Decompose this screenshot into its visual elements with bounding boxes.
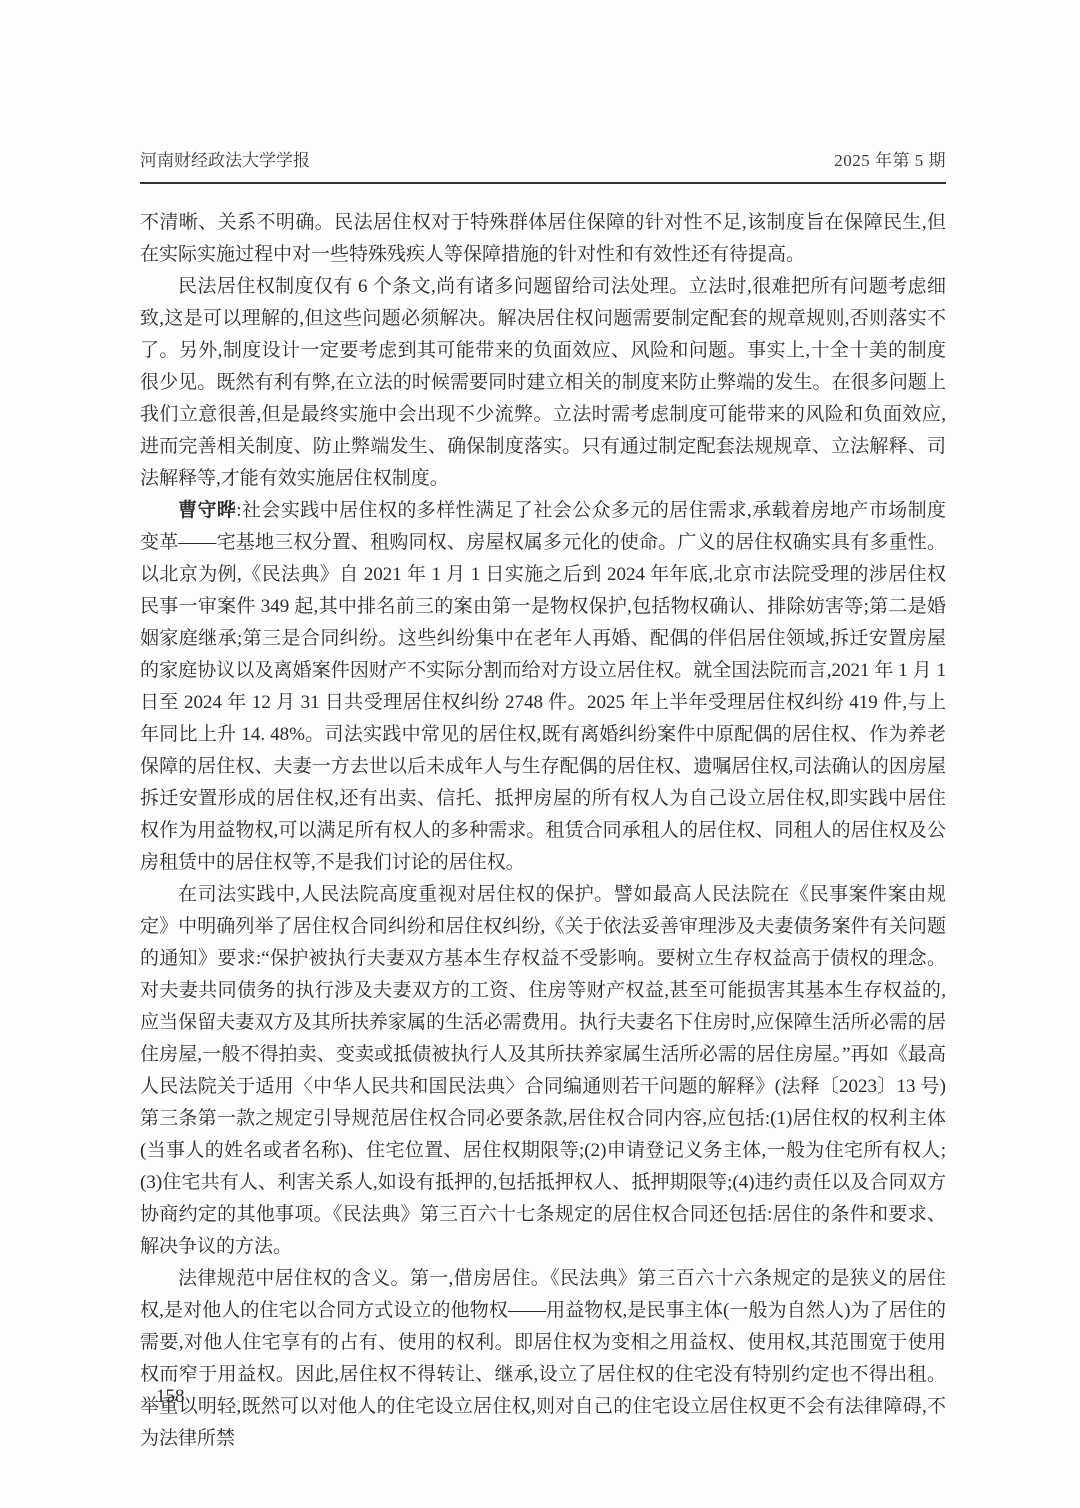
paragraph-text: 民法居住权制度仅有 6 个条文,尚有诸多问题留给司法处理。立法时,很难把所有问题… (140, 276, 946, 489)
page-number: 158 (156, 1386, 185, 1408)
paragraph-text: :社会实践中居住权的多样性满足了社会公众多元的居住需求,承载着房地产市场制度变革… (140, 500, 946, 873)
running-head: 河南财经政法大学学报 2025 年第 5 期 (140, 146, 946, 184)
paragraph: 民法居住权制度仅有 6 个条文,尚有诸多问题留给司法处理。立法时,很难把所有问题… (140, 271, 946, 495)
article-body: 不清晰、关系不明确。民法居住权对于特殊群体居住保障的针对性不足,该制度旨在保障民… (140, 207, 946, 1455)
paragraph: 在司法实践中,人民法院高度重视对居住权的保护。譬如最高人民法院在《民事案件案由规… (140, 879, 946, 1263)
page-content: 河南财经政法大学学报 2025 年第 5 期 不清晰、关系不明确。民法居住权对于… (140, 146, 946, 1455)
journal-page: 河南财经政法大学学报 2025 年第 5 期 不清晰、关系不明确。民法居住权对于… (0, 0, 1080, 1508)
paragraph-text: 不清晰、关系不明确。民法居住权对于特殊群体居住保障的针对性不足,该制度旨在保障民… (140, 212, 946, 265)
paragraph-text: 在司法实践中,人民法院高度重视对居住权的保护。譬如最高人民法院在《民事案件案由规… (140, 884, 946, 1257)
paragraph-speaker-cao: 曹守晔:社会实践中居住权的多样性满足了社会公众多元的居住需求,承载着房地产市场制… (140, 495, 946, 879)
paragraph-continuation: 不清晰、关系不明确。民法居住权对于特殊群体居住保障的针对性不足,该制度旨在保障民… (140, 207, 946, 271)
paragraph: 法律规范中居住权的含义。第一,借房居住。《民法典》第三百六十六条规定的是狭义的居… (140, 1263, 946, 1455)
paragraph-text: 法律规范中居住权的含义。第一,借房居住。《民法典》第三百六十六条规定的是狭义的居… (140, 1268, 946, 1449)
journal-title: 河南财经政法大学学报 (140, 146, 310, 171)
speaker-name: 曹守晔 (178, 500, 236, 521)
issue-label: 2025 年第 5 期 (834, 146, 946, 171)
